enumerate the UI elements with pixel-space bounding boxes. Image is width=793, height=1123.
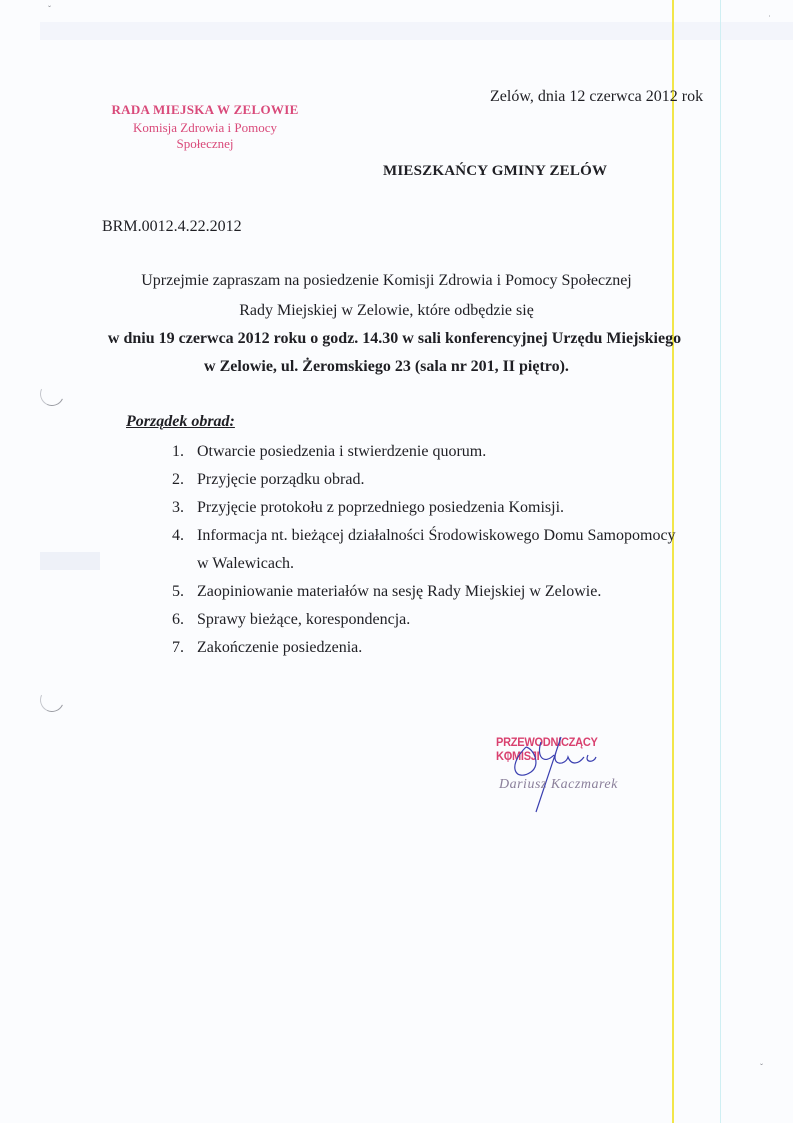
reference-number: BRM.0012.4.22.2012 (102, 218, 242, 236)
signature-block: PRZEWODNICZĄCY KOMISJI Dariusz Kaczmarek (496, 735, 646, 763)
agenda-item-text: Zaopiniowanie materiałów na sesję Rady M… (197, 578, 601, 606)
council-stamp: RADA MIEJSKA W ZELOWIE Komisja Zdrowia i… (100, 102, 310, 152)
scan-artifact-band (40, 552, 100, 570)
punch-hole-mark (37, 685, 68, 716)
scan-speck: ˇ (48, 4, 51, 14)
agenda-item: 4.Informacja nt. bieżącej działalności Ś… (172, 522, 676, 550)
invitation-line-3: w dniu 19 czerwca 2012 roku o godz. 14.3… (0, 330, 791, 348)
scan-speck: ˇ (760, 1062, 763, 1072)
punch-hole-mark (37, 379, 68, 410)
agenda-list: 1.Otwarcie posiedzenia i stwierdzenie qu… (172, 438, 676, 662)
agenda-item-text: Zakończenie posiedzenia. (197, 634, 362, 662)
agenda-item-number: 1. (172, 438, 197, 466)
signatory-name: Dariusz Kaczmarek (499, 777, 618, 793)
stamp-line-1: RADA MIEJSKA W ZELOWIE (100, 102, 310, 118)
agenda-title: Porządek obrad: (126, 413, 235, 431)
agenda-item-continuation: w Walewicach. (172, 550, 676, 578)
agenda-item-number: 4. (172, 522, 197, 550)
invitation-line-1: Uprzejmie zapraszam na posiedzenie Komis… (0, 272, 783, 290)
agenda-item: 5.Zaopiniowanie materiałów na sesję Rady… (172, 578, 676, 606)
scan-line-cyan (720, 0, 721, 1123)
agenda-item: 3.Przyjęcie protokołu z poprzedniego pos… (172, 494, 676, 522)
date-line: Zelów, dnia 12 czerwca 2012 rok (490, 88, 703, 106)
agenda-item-number: 6. (172, 606, 197, 634)
agenda-item: 1.Otwarcie posiedzenia i stwierdzenie qu… (172, 438, 676, 466)
agenda-item-text: Przyjęcie protokołu z poprzedniego posie… (197, 494, 564, 522)
invitation-line-2: Rady Miejskiej w Zelowie, które odbędzie… (0, 302, 783, 320)
stamp-line-2: Komisja Zdrowia i Pomocy (100, 120, 310, 136)
agenda-item-text: Informacja nt. bieżącej działalności Śro… (197, 522, 676, 550)
addressee: MIESZKAŃCY GMINY ZELÓW (383, 163, 607, 180)
agenda-item-text: Sprawy bieżące, korespondencja. (197, 606, 410, 634)
stamp-line-3: Społecznej (100, 136, 310, 152)
scanned-document-page: ˇ ˙ ˇ RADA MIEJSKA W ZELOWIE Komisja Zdr… (0, 0, 793, 1123)
agenda-item-number: 2. (172, 466, 197, 494)
handwritten-signature-icon (496, 727, 636, 817)
invitation-line-4: w Zelowie, ul. Żeromskiego 23 (sala nr 2… (0, 358, 783, 376)
agenda-item: 7.Zakończenie posiedzenia. (172, 634, 676, 662)
scan-artifact-band (40, 22, 793, 40)
agenda-item-number: 5. (172, 578, 197, 606)
agenda-item: 2.Przyjęcie porządku obrad. (172, 466, 676, 494)
agenda-item-number: 3. (172, 494, 197, 522)
agenda-item: 6.Sprawy bieżące, korespondencja. (172, 606, 676, 634)
agenda-item-number: 7. (172, 634, 197, 662)
agenda-item-text: Otwarcie posiedzenia i stwierdzenie quor… (197, 438, 486, 466)
scan-speck: ˙ (768, 14, 771, 24)
agenda-item-text: Przyjęcie porządku obrad. (197, 466, 364, 494)
